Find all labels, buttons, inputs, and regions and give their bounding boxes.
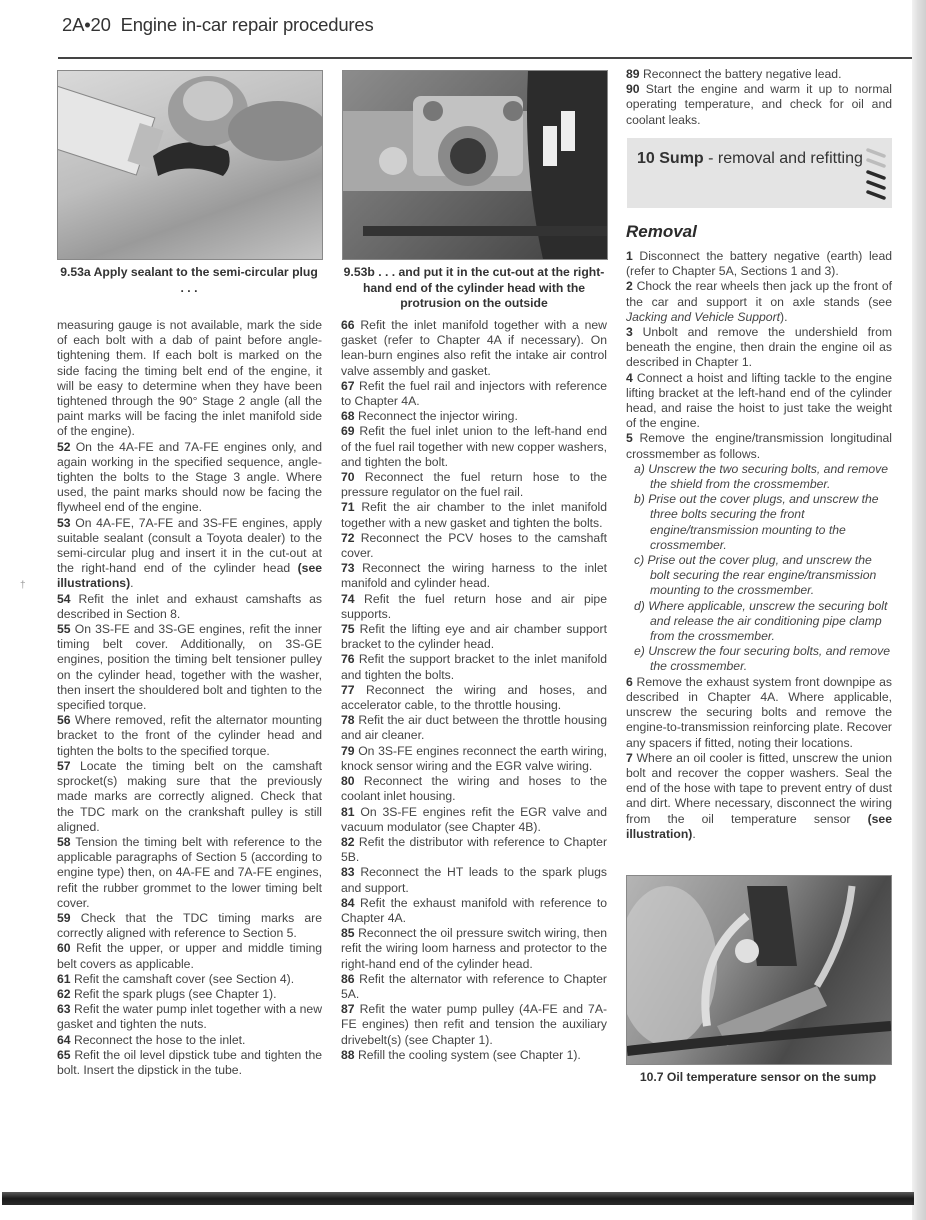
- step-79: 79 On 3S-FE engines reconnect the earth …: [341, 744, 607, 774]
- paragraph-continued: measuring gauge is not available, mark t…: [57, 318, 322, 440]
- step-52: 52 On the 4A-FE and 7A-FE engines only, …: [57, 440, 322, 516]
- step-88: 88 Refill the cooling system (see Chapte…: [341, 1048, 607, 1063]
- step-54: 54 Refit the inlet and exhaust camshafts…: [57, 592, 322, 622]
- step-58: 58 Tension the timing belt with referenc…: [57, 835, 322, 911]
- step-76: 76 Refit the support bracket to the inle…: [341, 652, 607, 682]
- step-90: 90 Start the engine and warm it up to no…: [626, 82, 892, 128]
- page-reference: 2A•20: [62, 14, 111, 35]
- figure-953a-caption: 9.53a Apply sealant to the semi-circular…: [57, 265, 321, 296]
- step-56: 56 Where removed, refit the alternator m…: [57, 713, 322, 759]
- step-6: 6 Remove the exhaust system front downpi…: [626, 675, 892, 751]
- cross-reference[interactable]: Jacking and Vehicle Support: [626, 310, 780, 324]
- step-65: 65 Refit the oil level dipstick tube and…: [57, 1048, 322, 1078]
- page-header: 2A•20 Engine in-car repair procedures: [62, 14, 374, 36]
- oil-sensor-icon: [627, 876, 891, 1064]
- sealant-tube-icon: [58, 71, 322, 259]
- substep-e: e) Unscrew the four securing bolts, and …: [626, 644, 892, 674]
- step-53: 53 On 4A-FE, 7A-FE and 3S-FE engines, ap…: [57, 516, 322, 592]
- step-85: 85 Reconnect the oil pressure switch wir…: [341, 926, 607, 972]
- step-67: 67 Refit the fuel rail and injectors wit…: [341, 379, 607, 409]
- figure-107-caption: 10.7 Oil temperature sensor on the sump: [626, 1070, 890, 1086]
- section-number: 10: [637, 150, 655, 167]
- step-75: 75 Refit the lifting eye and air chamber…: [341, 622, 607, 652]
- page-title: Engine in-car repair procedures: [121, 14, 374, 35]
- step-82: 82 Refit the distributor with reference …: [341, 835, 607, 865]
- step-68: 68 Reconnect the injector wiring.: [341, 409, 607, 424]
- column-3: 1 Disconnect the battery negative (earth…: [626, 249, 892, 842]
- step-59: 59 Check that the TDC timing marks are c…: [57, 911, 322, 941]
- step-61: 61 Refit the camshaft cover (see Section…: [57, 972, 322, 987]
- step-62: 62 Refit the spark plugs (see Chapter 1)…: [57, 987, 322, 1002]
- step-57: 57 Locate the timing belt on the camshaf…: [57, 759, 322, 835]
- substep-c: c) Prise out the cover plug, and unscrew…: [626, 553, 892, 599]
- step-2: 2 Chock the rear wheels then jack up the…: [626, 279, 892, 325]
- step-84: 84 Refit the exhaust manifold with refer…: [341, 896, 607, 926]
- step-81: 81 On 3S-FE engines refit the EGR valve …: [341, 805, 607, 835]
- step-3: 3 Unbolt and remove the undershield from…: [626, 325, 892, 371]
- substep-a: a) Unscrew the two securing bolts, and r…: [626, 462, 892, 492]
- step-89: 89 Reconnect the battery negative lead.: [626, 67, 892, 82]
- step-78: 78 Refit the air duct between the thrott…: [341, 713, 607, 743]
- substep-d: d) Where applicable, unscrew the securin…: [626, 599, 892, 645]
- figure-953a-photo: [57, 70, 323, 260]
- section-subtitle: - removal and refitting: [704, 150, 863, 167]
- header-rule: [58, 57, 916, 59]
- margin-mark: †: [20, 580, 26, 591]
- step-60: 60 Refit the upper, or upper and middle …: [57, 941, 322, 971]
- page-edge-shadow: [912, 0, 926, 1220]
- step-63: 63 Refit the water pump inlet together w…: [57, 1002, 322, 1032]
- step-87: 87 Refit the water pump pulley (4A-FE an…: [341, 1002, 607, 1048]
- step-1: 1 Disconnect the battery negative (earth…: [626, 249, 892, 279]
- step-66: 66 Refit the inlet manifold together wit…: [341, 318, 607, 379]
- step-7: 7 Where an oil cooler is fitted, unscrew…: [626, 751, 892, 842]
- section-name: Sump: [659, 150, 703, 167]
- step-86: 86 Refit the alternator with reference t…: [341, 972, 607, 1002]
- column-2: 66 Refit the inlet manifold together wit…: [341, 318, 607, 1063]
- step-69: 69 Refit the fuel inlet union to the lef…: [341, 424, 607, 470]
- step-70: 70 Reconnect the fuel return hose to the…: [341, 470, 607, 500]
- step-77: 77 Reconnect the wiring and hoses, and a…: [341, 683, 607, 713]
- section-heading-box: 10 Sump - removal and refitting: [627, 138, 892, 208]
- figure-953b-caption: 9.53b . . . and put it in the cut-out at…: [342, 265, 606, 312]
- step-83: 83 Reconnect the HT leads to the spark p…: [341, 865, 607, 895]
- figure-953b-photo: [342, 70, 608, 260]
- section-title: 10 Sump - removal and refitting: [637, 150, 863, 168]
- step-64: 64 Reconnect the hose to the inlet.: [57, 1033, 322, 1048]
- substep-b: b) Prise out the cover plugs, and unscre…: [626, 492, 892, 553]
- step-4: 4 Connect a hoist and lifting tackle to …: [626, 371, 892, 432]
- substep-list: a) Unscrew the two securing bolts, and r…: [626, 462, 892, 675]
- subheading-removal: Removal: [626, 222, 697, 242]
- column-3-top: 89 Reconnect the battery negative lead. …: [626, 67, 892, 128]
- page-bottom-edge: [2, 1192, 914, 1205]
- step-73: 73 Reconnect the wiring harness to the i…: [341, 561, 607, 591]
- cylinder-head-icon: [343, 71, 607, 259]
- step-72: 72 Reconnect the PCV hoses to the camsha…: [341, 531, 607, 561]
- column-1: measuring gauge is not available, mark t…: [57, 318, 322, 1078]
- step-5: 5 Remove the engine/transmission longitu…: [626, 431, 892, 461]
- step-55: 55 On 3S-FE and 3S-GE engines, refit the…: [57, 622, 322, 713]
- step-71: 71 Refit the air chamber to the inlet ma…: [341, 500, 607, 530]
- step-80: 80 Reconnect the wiring and hoses to the…: [341, 774, 607, 804]
- step-74: 74 Refit the fuel return hose and air pi…: [341, 592, 607, 622]
- figure-107-photo: [626, 875, 892, 1065]
- wrench-difficulty-icon: [864, 142, 888, 204]
